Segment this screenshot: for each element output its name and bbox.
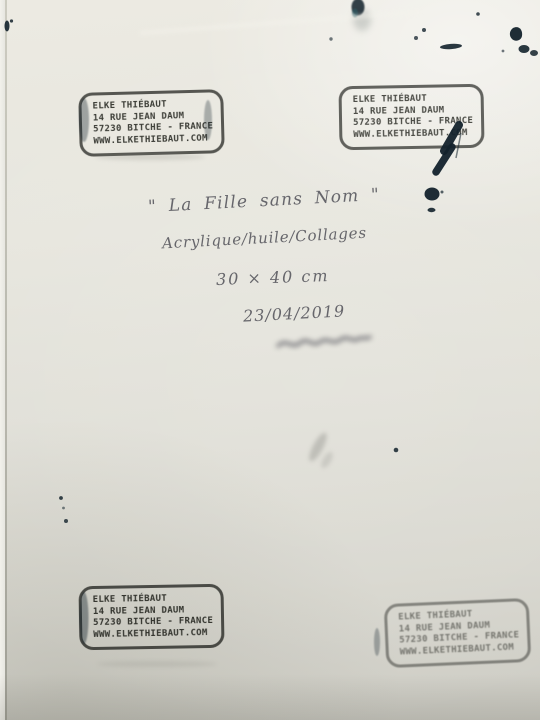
signature-blurred — [278, 337, 370, 346]
ink-strokes-below-top-right-stamp — [425, 125, 462, 212]
grey-smudges-center — [306, 431, 398, 470]
ink-dots-left-middle — [59, 496, 68, 523]
artwork-back-photo: ELKE THIÉBAUT 14 RUE JEAN DAUM 57230 BIT… — [0, 0, 540, 720]
ink-marks-top-edge — [5, 0, 421, 41]
stamp-ink-smears — [79, 98, 380, 667]
ink-blots-top-right-corner — [422, 12, 538, 56]
bottom-shadow — [0, 674, 540, 720]
ink-marks-overlay — [0, 0, 540, 720]
